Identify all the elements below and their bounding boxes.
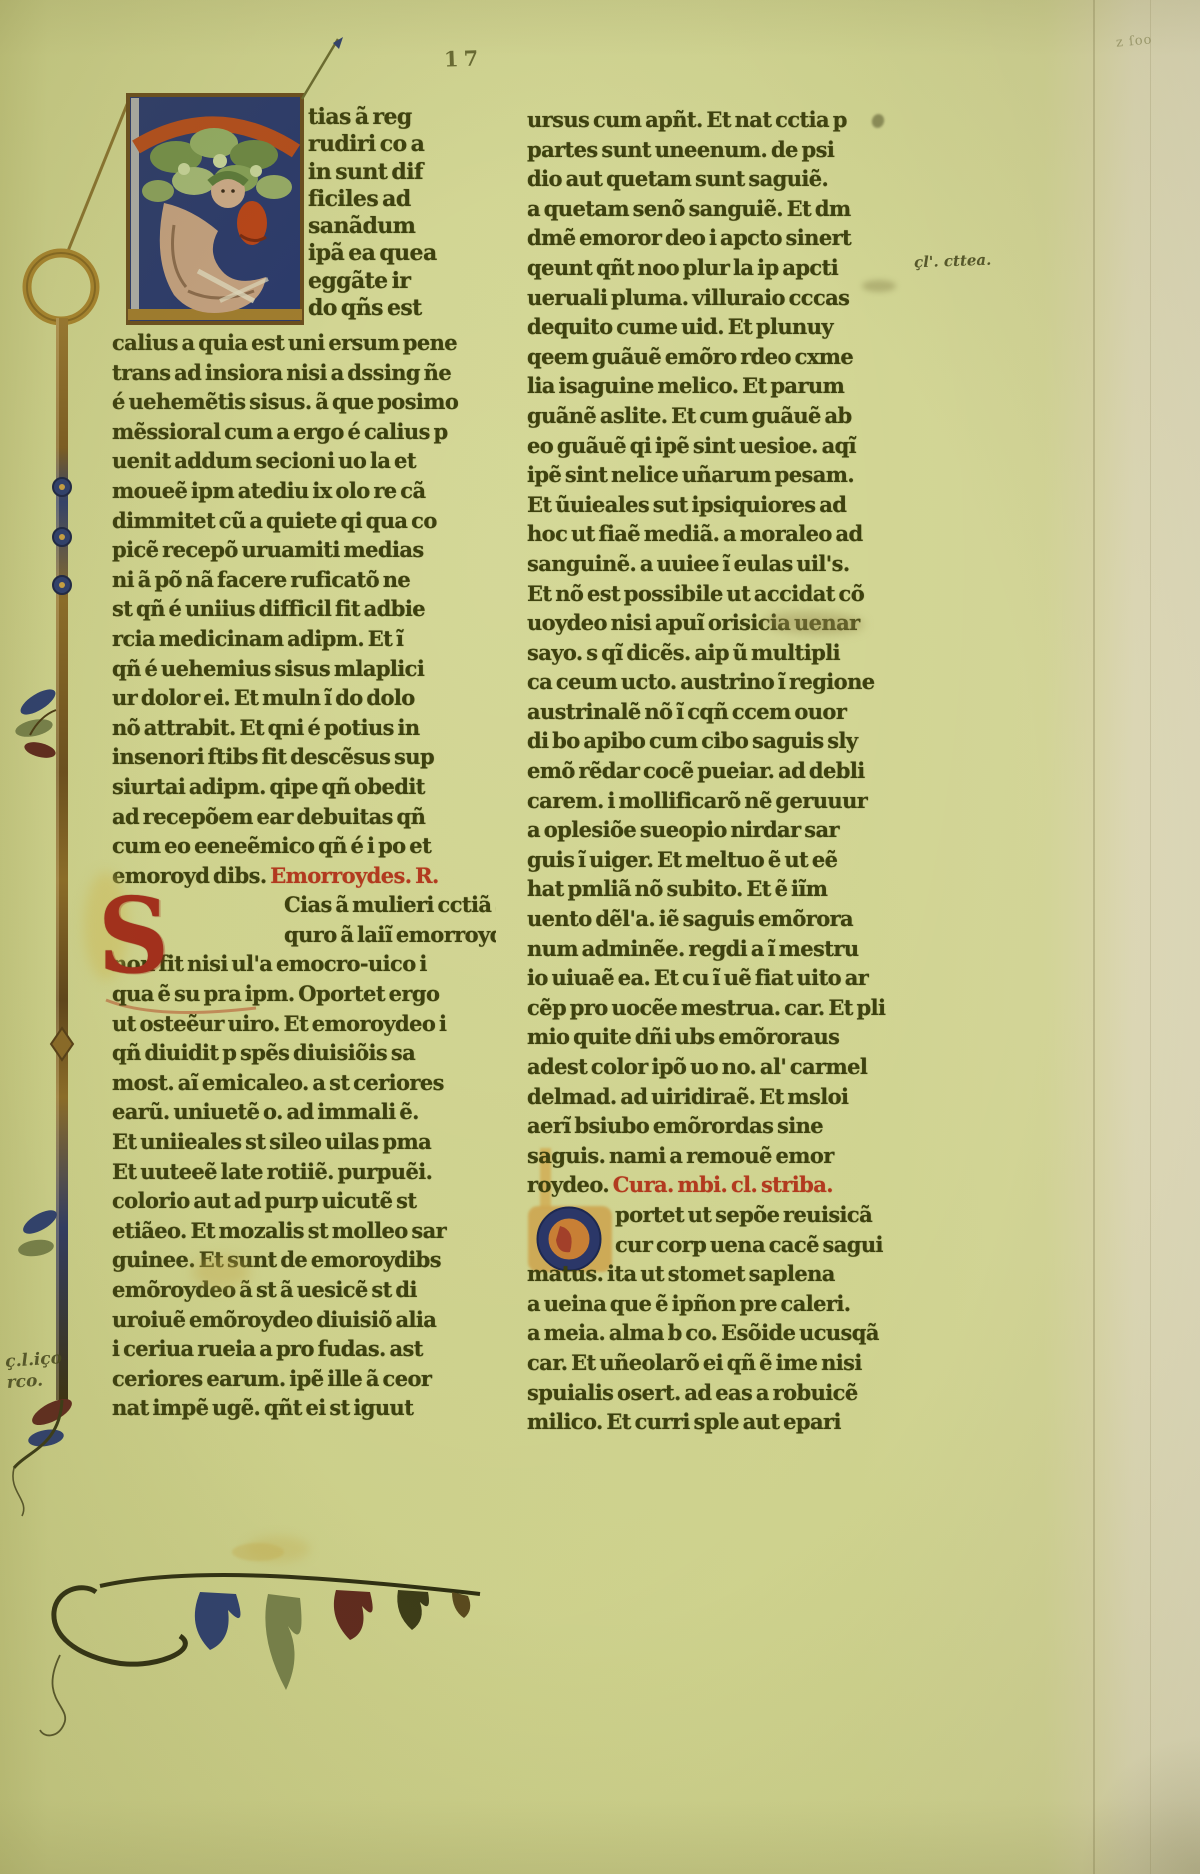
leaf-maroon <box>334 1590 373 1640</box>
rubric-text: Cura. mbi. cl. striba. <box>613 1172 833 1197</box>
text-line: i ceriua rueia a pro fudas. ast <box>112 1334 496 1364</box>
text-line: milico. Et curri sple aut epari <box>527 1407 889 1437</box>
text-line: io uiuaẽ ea. Et cu ĩ uẽ fiat uito ar <box>527 963 889 993</box>
text-line: dmẽ emoror deo i apcto sinert <box>527 223 889 253</box>
text-line: sanguinẽ. a uuiee ĩ eulas uil's. <box>527 549 889 579</box>
wreath <box>210 175 246 183</box>
leaf-dark <box>397 1590 429 1630</box>
margin-note-left: ç.l.iço rco. <box>5 1348 65 1394</box>
leaf-blue <box>195 1592 241 1650</box>
text-line: calius a quia est uni ersum pene <box>112 328 496 358</box>
text-line: nõ attrabit. Et qni é potius in <box>112 713 496 743</box>
text-line: rcia medicinam adipm. Et ĩ <box>112 624 496 654</box>
text-line: most. aĩ emicaleo. a st ceriores <box>112 1068 496 1098</box>
text-line: car. Et uñeolarõ ei qñ ẽ ime nisi <box>527 1348 889 1378</box>
text-line: dequito cume uid. Et plunuy <box>527 312 889 342</box>
text-line: uroiuẽ emõroydeo diuisiõ alia <box>112 1305 496 1335</box>
corner-mark: z ſoo <box>1115 32 1153 50</box>
text-line: eo guãuẽ qi ipẽ sint uesioe. aqĩ <box>527 431 889 461</box>
text-line: aerĩ bsiubo emõrordas sine <box>527 1111 889 1141</box>
text-line: qeem guãuẽ emõro rdeo cxme <box>527 342 889 372</box>
right-column: ursus cum apñt. Et nat cctia ppartes sun… <box>527 105 889 1437</box>
text-line: quro ã laiĩ emorroydeo i <box>112 920 496 950</box>
text-line: uento dẽl'a. iẽ saguis emõrora <box>527 904 889 934</box>
text-line: partes sunt uneenum. de psi <box>527 135 889 165</box>
foliage <box>142 128 292 202</box>
text-line: mio quite dñi ubs emõroraus <box>527 1022 889 1052</box>
text-line: dio aut quetam sunt saguiẽ. <box>527 164 889 194</box>
arch-orange <box>136 124 296 151</box>
border-leaf-cluster-low <box>17 1206 60 1259</box>
text-line: trans ad insiora nisi a dssing ñe <box>112 358 496 388</box>
text-line: hat pmliã nõ subito. Et ẽ iĩm <box>527 874 889 904</box>
corner-shadow <box>1080 1734 1200 1874</box>
text-line: a quetam senõ sanguiẽ. Et dm <box>527 194 889 224</box>
text-line: cum eo eeneẽmico qñ é i po et <box>112 831 496 861</box>
text-line: ut osteẽur uiro. Et emoroydeo i <box>112 1009 496 1039</box>
text-line: non fit nisi ul'a emocro-uico i <box>112 949 496 979</box>
text-line: guis ĩ uiger. Et meltuo ẽ ut eẽ <box>527 845 889 875</box>
text-line: uoydeo nisi apuĩ orisicia uenar <box>527 608 889 638</box>
left-column: calius a quia est uni ersum penetrans ad… <box>112 328 496 1423</box>
figure-physician <box>160 174 268 313</box>
text-line: saguis. nami a remouẽ emor <box>527 1141 889 1171</box>
border-bosses <box>53 478 71 594</box>
text-line: qeunt qñt noo plur la ip apcti <box>527 253 889 283</box>
border-leaf-cluster-mid <box>14 685 59 761</box>
figure-head <box>211 174 245 208</box>
text-line: emoroyd dibs. Emorroydes. R. <box>112 861 496 891</box>
bottom-flourish <box>40 1543 480 1735</box>
text-line: do qñs est <box>308 295 498 322</box>
text-line: hoc ut fiaẽ mediã. a moraleo ad <box>527 519 889 549</box>
manuscript-page: 17 z ſoo tias ã regrudiri co ain sunt di… <box>0 0 1200 1874</box>
text-line: ad recepõem ear debuitas qñ <box>112 802 496 832</box>
text-line: Et uniieales st sileo uilas pma <box>112 1127 496 1157</box>
text-line: emõ rẽdar cocẽ pueiar. ad debli <box>527 756 889 786</box>
text-line: lia isaguine melico. Et parum <box>527 371 889 401</box>
text-line: qñ é uehemius sisus mlaplici <box>112 654 496 684</box>
text-line: Et uuteeẽ late rotiiẽ. purpuẽi. <box>112 1157 496 1187</box>
text-line: tias ã reg <box>308 104 498 131</box>
body-text: roydeo. <box>527 1172 613 1197</box>
text-line: ipã ea quea <box>308 240 498 267</box>
text-line: in sunt dif <box>308 159 498 186</box>
text-line: eggãte ir <box>308 268 498 295</box>
text-line: etiãeo. Et mozalis st molleo sar <box>112 1216 496 1246</box>
text-line: carem. i mollificarõ nẽ geruuur <box>527 786 889 816</box>
text-line: Cias ã mulieri cctiã ab <box>112 890 496 920</box>
text-line: roydeo. Cura. mbi. cl. striba. <box>527 1170 889 1200</box>
folio-number: 17 <box>444 45 484 71</box>
border-ring <box>27 253 95 321</box>
text-line: sanãdum <box>308 213 498 240</box>
margin-note-right: çl'. cttea. <box>914 251 992 272</box>
initial-s: S <box>98 884 169 988</box>
text-line: adest color ipõ uo no. al' carmel <box>527 1052 889 1082</box>
text-line: uenit addum secioni uo la et <box>112 446 496 476</box>
text-line: cur corp uena cacẽ sagui <box>527 1230 889 1260</box>
text-line: matus. ita ut stomet saplena <box>527 1259 889 1289</box>
text-line: a oplesiõe sueopio nirdar sar <box>527 815 889 845</box>
page-edge-line <box>1150 0 1151 1874</box>
text-line: earũ. uniuetẽ o. ad immali ẽ. <box>112 1097 496 1127</box>
text-line: insenori ftibs fit descẽsus sup <box>112 742 496 772</box>
text-line: colorio aut ad purp uicutẽ st <box>112 1186 496 1216</box>
text-line: delmad. ad uiridiraẽ. Et msloi <box>527 1082 889 1112</box>
text-line: ficiles ad <box>308 186 498 213</box>
text-line: ueruali pluma. villuraio cccas <box>527 283 889 313</box>
text-line: Et nõ est possibile ut accidat cõ <box>527 579 889 609</box>
text-line: num adminẽe. regdi a ĩ mestru <box>527 934 889 964</box>
text-line: ca ceum ucto. austrino ĩ regione <box>527 667 889 697</box>
rubric-text: Emorroydes. R. <box>270 863 438 888</box>
text-line: é uehemẽtis sisus. ã que posimo <box>112 387 496 417</box>
text-line: a meia. alma b co. Esõide ucusqã <box>527 1318 889 1348</box>
text-line: cẽp pro uocẽe mestrua. car. Et pli <box>527 993 889 1023</box>
text-line: guinee. Et sunt de emoroydibs <box>112 1245 496 1275</box>
text-line: emõroydeo ã st ã uesicẽ st di <box>112 1275 496 1305</box>
text-line: st qñ é uniius difficil fit adbie <box>112 594 496 624</box>
text-line: spuialis osert. ad eas a robuicẽ <box>527 1378 889 1408</box>
text-line: qñ diuidit p spẽs diuisiõis sa <box>112 1038 496 1068</box>
text-line: ursus cum apñt. Et nat cctia p <box>527 105 889 135</box>
margin-note-left-line1: ç.l.iço <box>5 1348 63 1373</box>
text-line: guãnẽ aslite. Et cum guãuẽ ab <box>527 401 889 431</box>
text-line: ni ã põ nã facere ruficatõ ne <box>112 565 496 595</box>
left-column-narrow: tias ã regrudiri co ain sunt difficiles … <box>308 104 498 322</box>
text-line: portet ut sepõe reuisicã <box>527 1200 889 1230</box>
text-line: Et ũuieales sut ipsiquiores ad <box>527 490 889 520</box>
text-line: nat impẽ ugẽ. qñt ei st iguut <box>112 1393 496 1423</box>
text-line: picẽ recepõ uruamiti medias <box>112 535 496 565</box>
text-line: moueẽ ipm atediu ix olo re cã <box>112 476 496 506</box>
page-edge-line <box>1093 0 1095 1874</box>
border-knot <box>51 1028 73 1060</box>
margin-note-left-line2: rco. <box>6 1369 64 1394</box>
text-line: dimmitet cũ a quiete qi qua co <box>112 506 496 536</box>
left-border-bar <box>13 102 128 1516</box>
text-line: sayo. s qĩ dicẽs. aip ũ multipli <box>527 638 889 668</box>
text-line: austrinalẽ nõ ĩ cqñ ccem ouor <box>527 697 889 727</box>
text-line: a ueina que ẽ ipñon pre caleri. <box>527 1289 889 1319</box>
text-line: mẽssioral cum a ergo é calius p <box>112 417 496 447</box>
stain <box>246 1536 310 1562</box>
text-line: siurtai adipm. qipe qñ obedit <box>112 772 496 802</box>
text-line: qua ẽ su pra ipm. Oportet ergo <box>112 979 496 1009</box>
border-bottom-terminal <box>13 1394 76 1516</box>
red-bundle <box>237 201 267 245</box>
text-line: rudiri co a <box>308 131 498 158</box>
text-line: di bo apibo cum cibo saguis sly <box>527 726 889 756</box>
text-line: ipẽ sint nelice uñarum pesam. <box>527 460 889 490</box>
leaf-olive <box>265 1594 301 1690</box>
text-line: ceriores earum. ipẽ ille ã ceor <box>112 1364 496 1394</box>
text-line: ur dolor ei. Et muln ĩ do dolo <box>112 683 496 713</box>
